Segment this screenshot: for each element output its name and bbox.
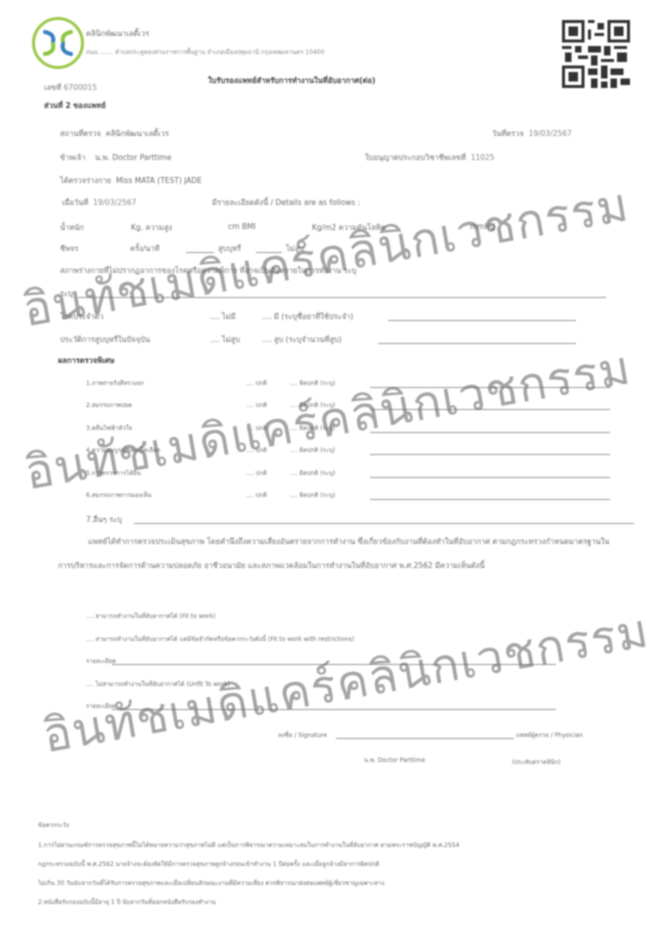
- clinic-logo-icon: [32, 17, 84, 69]
- smoking-yes: .... สูบ (ระบุจำนวนที่สูบ): [262, 334, 342, 346]
- qr-code-icon: [562, 20, 630, 88]
- pulse-label: ชีพจร: [60, 243, 78, 255]
- clinic-name: คลินิกพัฒนาเลดี้เวร: [86, 28, 149, 40]
- weight-unit: Kg. ความสูง: [131, 222, 172, 234]
- exam-place: สถานที่ตรวจ คลินิกพัฒนาเลดี้เวร: [60, 128, 169, 140]
- section-title: ส่วนที่ 2 ของแพทย์: [44, 100, 106, 112]
- exam-item-line[interactable]: [370, 499, 610, 500]
- exam-date: วันที่ตรวจ 19/03/2567: [492, 128, 572, 140]
- option-fit-restrictions[interactable]: .... สามารถทำงานในที่อับอากาศได้ แต่มีข้…: [86, 634, 354, 644]
- signature-label: ลงชื่อ / Signature: [278, 730, 327, 740]
- note-line: 2.หนังสือรับรองฉบับนี้มีอายุ 1 ปี นับจาก…: [38, 897, 216, 907]
- exam-item-label: 2.สมรรถภาพปอด: [86, 400, 132, 410]
- exam-item-label: 1.ภาพถ่ายรังสีทรวงอก: [86, 378, 144, 388]
- exam-item-abnormal[interactable]: .... ผิดปกติ (ระบุ): [290, 490, 335, 500]
- note-line: ไม่เกิน 30 วันนับจากวันที่ได้รับการตรวจส…: [38, 878, 384, 888]
- exam-item-line[interactable]: [370, 477, 610, 478]
- doc-number: เลขที่ 6700015: [44, 82, 97, 94]
- note-line: 1.การไม่ผ่านเกณฑ์การตรวจสุขภาพนี้ไม่ได้ห…: [38, 840, 459, 850]
- notes-title: ข้อควรระวัง: [38, 820, 69, 830]
- option-fit[interactable]: .... สามารถทำงานในที่อับอากาศได้ (Fit to…: [86, 611, 216, 621]
- license-number: ใบอนุญาตประกอบวิชาชีพเลขที่ 11025: [365, 152, 495, 164]
- doc-number-value: 6700015: [64, 83, 97, 92]
- height-unit: cm BMI: [228, 222, 256, 231]
- note-line: กฎกระทรวงฉบับนี้ พ.ศ.2562 นายจ้างจะต้องจ…: [38, 859, 379, 869]
- exam-results-title: ผลการตรวจพิเศษ: [58, 355, 115, 367]
- exam-item-normal[interactable]: .... ปกติ: [246, 490, 267, 500]
- patient-name: ได้ตรวจร่างกาย Miss MATA (TEST) JADE: [60, 175, 202, 187]
- physician-label: แพทย์ผู้ตรวจ / Physician: [516, 730, 583, 740]
- exam-item-normal[interactable]: .... ปกติ: [246, 378, 267, 388]
- clinic-address: ถนน ....... ตำบลประตูทองส่วนราชการพื้นฐา…: [86, 47, 324, 57]
- other-label: 7.อื่นๆ ระบุ: [86, 514, 122, 526]
- disease-yes: .... มี (ระบุชื่อยาที่ใช้ประจำ): [262, 311, 353, 323]
- disease-line[interactable]: [388, 320, 576, 321]
- document-title: ใบรับรองแพทย์สำหรับการทำงานในที่อับอากาศ…: [208, 75, 375, 87]
- exam-item-line[interactable]: [370, 454, 610, 455]
- doctor-name: ข้าพเจ้า น.พ. Doctor Parttime: [60, 152, 171, 164]
- medical-certificate-page: คลินิกพัฒนาเลดี้เวร ถนน ....... ตำบลประต…: [0, 0, 663, 932]
- smoking-no: .... ไม่สูบ: [210, 334, 240, 346]
- conclusion-paragraph: แพทย์ได้ทำการตรวจประเมินสุขภาพ โดยคำนึงถ…: [58, 530, 618, 578]
- weight-label: น้ำหนัก: [60, 222, 84, 234]
- details-label: มีรายละเอียดดังนี้ / Details are as foll…: [212, 197, 360, 209]
- clinic-stamp-label: (ประทับตราคลินิก): [512, 757, 561, 767]
- exam-item-abnormal[interactable]: .... ผิดปกติ (ระบุ): [290, 468, 335, 478]
- signature-doctor-name: น.พ. Doctor Parttime: [364, 755, 425, 765]
- exam-date-2: เมื่อวันที่ 19/03/2567: [62, 197, 136, 209]
- other-line[interactable]: [134, 523, 634, 524]
- signature-line[interactable]: [336, 738, 514, 739]
- doc-number-label: เลขที่: [44, 83, 61, 92]
